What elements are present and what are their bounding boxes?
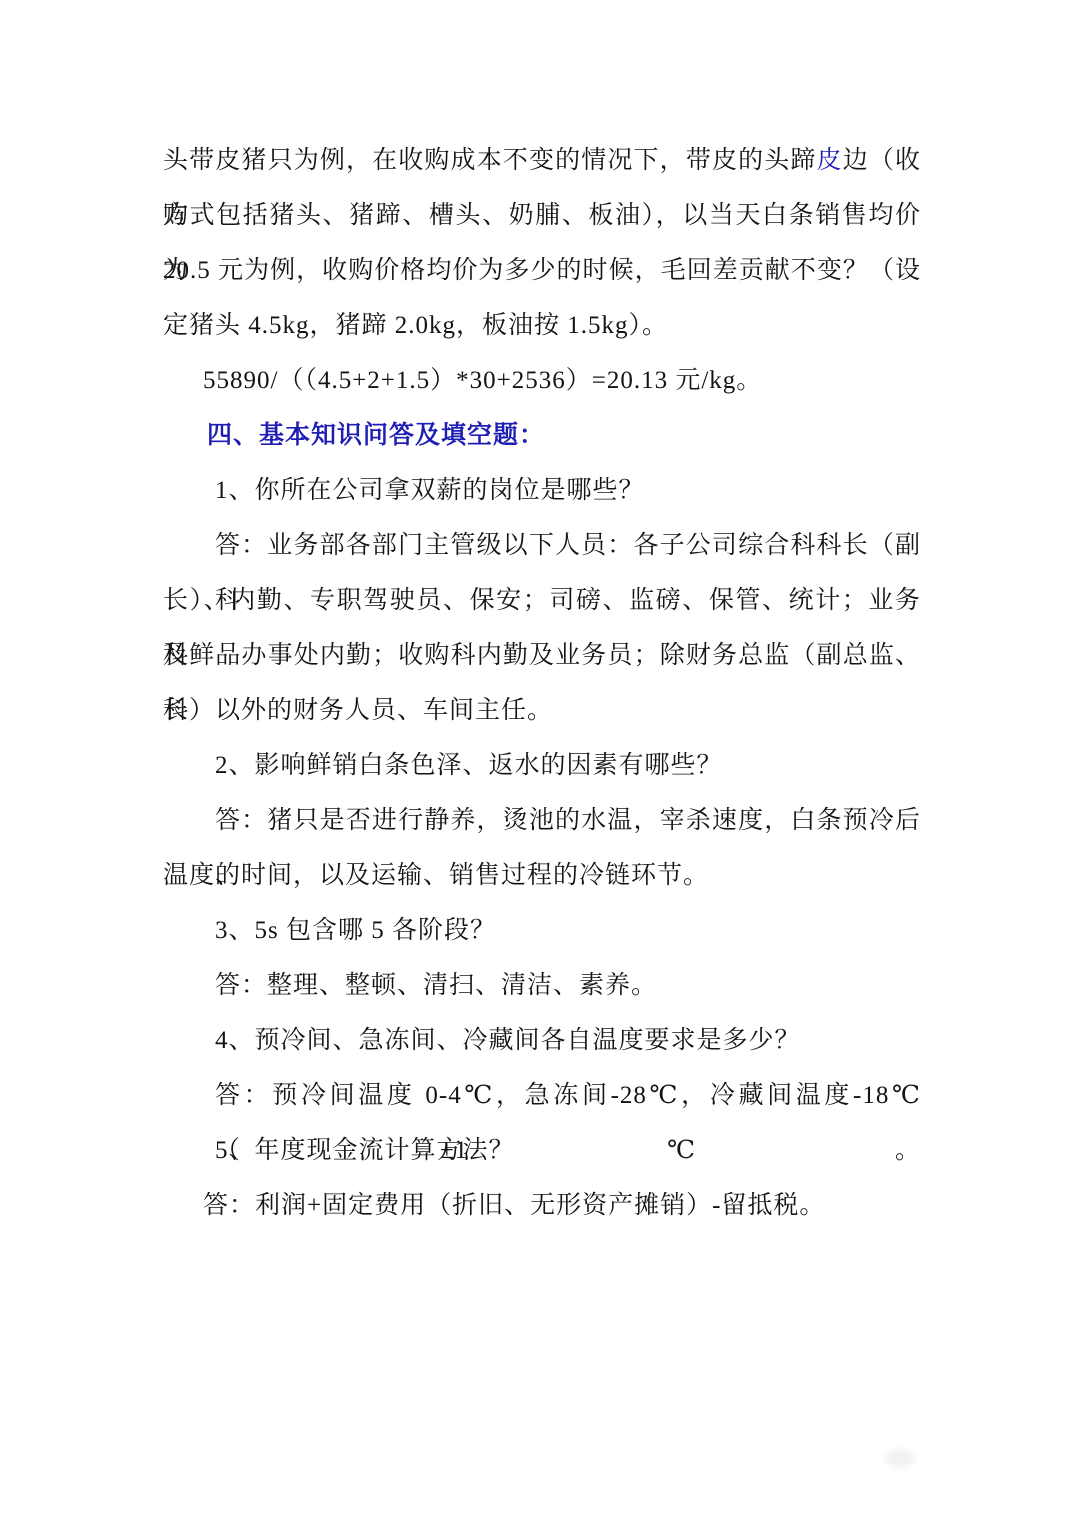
page-smudge-artifact [888, 1452, 912, 1465]
question-3: 3、5s 包含哪 5 各阶段？ [163, 903, 921, 958]
section-heading: 四、基本知识问答及填空题： [163, 408, 921, 463]
answer-5: 答：利润+固定费用（折旧、无形资产摊销）-留抵税。 [163, 1178, 921, 1233]
paragraph-text-pre: 头带皮猪只为例，在收购成本不变的情况下，带皮的头蹄 [163, 147, 817, 174]
answer-3: 答：整理、整顿、清扫、清洁、素养。 [163, 958, 921, 1013]
answer-2-line-2: 温度、时间，以及运输、销售过程的冷链环节。 [163, 848, 921, 903]
highlighted-char: 皮 [817, 147, 843, 174]
document-body: 头带皮猪只为例，在收购成本不变的情况下，带皮的头蹄皮边（收购 方式包括猪头、猪蹄… [163, 133, 921, 1233]
question-2: 2、影响鲜销白条色泽、返水的因素有哪些？ [163, 738, 921, 793]
paragraph-line: 20.5 元为例，收购价格均价为多少的时候，毛回差贡献不变？（设 [163, 243, 921, 298]
answer-4: 答：预冷间温度 0-4℃，急冻间-28℃，冷藏间温度-18℃（±1℃。 [163, 1068, 921, 1123]
document-page: 头带皮猪只为例，在收购成本不变的情况下，带皮的头蹄皮边（收购 方式包括猪头、猪蹄… [0, 0, 1080, 1528]
paragraph-line: 头带皮猪只为例，在收购成本不变的情况下，带皮的头蹄皮边（收购 [163, 133, 921, 188]
answer-2-line-1: 答：猪只是否进行静养，烫池的水温，宰杀速度，白条预冷后的 [163, 793, 921, 848]
answer-1-line-1: 答：业务部各部门主管级以下人员：各子公司综合科科长（副科 [163, 518, 921, 573]
answer-1-line-2: 长）、内勤、专职驾驶员、保安；司磅、监磅、保管、统计；业务科 [163, 573, 921, 628]
answer-1-line-3: 及鲜品办事处内勤；收购科内勤及业务员；除财务总监（副总监、科 [163, 628, 921, 683]
question-4: 4、预冷间、急冻间、冷藏间各自温度要求是多少？ [163, 1013, 921, 1068]
question-1: 1、你所在公司拿双薪的岗位是哪些？ [163, 463, 921, 518]
paragraph-line: 方式包括猪头、猪蹄、槽头、奶脯、板油），以当天白条销售均价为 [163, 188, 921, 243]
paragraph-line: 定猪头 4.5kg，猪蹄 2.0kg，板油按 1.5kg）。 [163, 298, 921, 353]
answer-1-line-4: 长）以外的财务人员、车间主任。 [163, 683, 921, 738]
formula-line: 55890/（（4.5+2+1.5）*30+2536）=20.13 元/kg。 [163, 353, 921, 408]
